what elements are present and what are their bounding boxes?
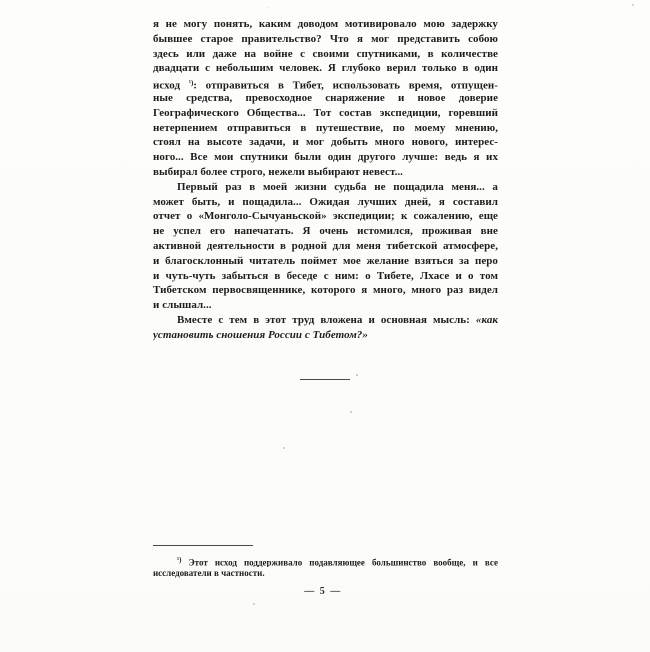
text-segment: Первый раз в моей жизни судьба не пощади… [177,181,498,193]
text-segment: нетерпением отправиться в путешествие, п… [153,122,498,134]
text-segment: я не могу понять, каким доводом мотивиро… [153,18,498,30]
text-segment: и слышал... [153,299,212,311]
scanned-book-page: я не могу понять, каким доводом мотивиро… [0,0,650,652]
text-segment: «как [476,314,498,326]
text-line: Вместе с тем в этот труд вложена и основ… [153,313,498,328]
text-segment: ные средства, превосходное снаряжение и … [153,92,498,104]
text-segment: активной деятельности в родной для меня … [153,240,498,252]
footnote-separator-rule [153,545,253,546]
dust-speck [253,603,255,605]
footnote: ¹) Этот исход поддерживало подавляющее б… [153,554,498,580]
dust-speck [632,4,634,6]
main-text: я не могу понять, каким доводом мотивиро… [153,17,498,343]
text-line: отчет о «Монголо-Сычуаньской» экспедиции… [153,209,498,224]
text-segment: и чуть-чуть забыться в беседе с ним: о Т… [153,270,498,282]
text-line: и чуть-чуть забыться в беседе с ним: о Т… [153,269,498,284]
text-segment: не успел его напечатать. Я очень истомил… [153,225,498,237]
text-line: Тибетском первосвященнике, которого я мн… [153,283,498,298]
text-segment: установить сношения России с Тибетом?» [153,329,368,341]
text-segment: бывшее старое правительство? Что я мог п… [153,33,498,45]
text-line: исход ¹): отправиться в Тибет, использов… [153,76,498,91]
text-segment: исследователи в частности. [153,568,265,578]
page-number: — 5 — [0,586,646,597]
text-line: и слышал... [153,298,498,313]
paragraph: Первый раз в моей жизни судьба не пощади… [153,180,498,313]
text-segment: стоял на высоте задачи, и мог добыть мно… [153,136,498,148]
paragraph: Вместе с тем в этот труд вложена и основ… [153,313,498,343]
text-line: выбирал более строго, нежели выбирают не… [153,165,498,180]
text-segment: отчет о «Монголо-Сычуаньской» экспедиции… [153,210,498,222]
dust-speck [268,7,269,8]
text-line: активной деятельности в родной для меня … [153,239,498,254]
section-separator-rule [300,379,350,380]
text-line: Первый раз в моей жизни судьба не пощади… [153,180,498,195]
text-line: ¹) Этот исход поддерживало подавляющее б… [153,554,498,567]
dust-speck [207,123,208,124]
text-line: ные средства, превосходное снаряжение и … [153,91,498,106]
text-line: бывшее старое правительство? Что я мог п… [153,32,498,47]
text-line: ного... Все мои спутники были один друго… [153,150,498,165]
text-segment: ного... Все мои спутники были один друго… [153,151,498,163]
text-line: исследователи в частности. [153,567,498,580]
text-line: двадцати с небольшим человек. Я глубоко … [153,61,498,76]
text-line: нетерпением отправиться в путешествие, п… [153,121,498,136]
text-line: Географического Общества... Тот состав э… [153,106,498,121]
text-line: может быть, и пощадила... Ожидая лучших … [153,195,498,210]
text-segment: Тибетском первосвященнике, которого я мн… [153,284,498,296]
text-line: стоял на высоте задачи, и мог добыть мно… [153,135,498,150]
text-segment: : отправиться в Тибет, использовать врем… [193,80,498,91]
text-segment: может быть, и пощадила... Ожидая лучших … [153,196,498,208]
dust-speck [350,411,352,413]
text-line: здесь или даже на войне с своими спутник… [153,47,498,62]
dust-speck [356,374,358,376]
text-segment: Географического Общества... Тот состав э… [153,107,498,119]
text-line: не успел его напечатать. Я очень истомил… [153,224,498,239]
text-segment: двадцати с небольшим человек. Я глубоко … [153,62,498,74]
text-segment: и благосклонный читатель поймет мое жела… [153,255,498,267]
text-segment: выбирал более строго, нежели выбирают не… [153,166,403,178]
text-line: я не могу понять, каким доводом мотивиро… [153,17,498,32]
text-segment: Этот исход поддерживало подавляющее боль… [153,558,498,568]
paragraph: я не могу понять, каким доводом мотивиро… [153,17,498,180]
text-segment: исход [153,80,189,91]
text-segment: здесь или даже на войне с своими спутник… [153,48,498,60]
text-segment: Вместе с тем в этот труд вложена и основ… [177,314,476,326]
text-line: и благосклонный читатель поймет мое жела… [153,254,498,269]
dust-speck [283,447,285,449]
text-line: установить сношения России с Тибетом?» [153,328,498,343]
